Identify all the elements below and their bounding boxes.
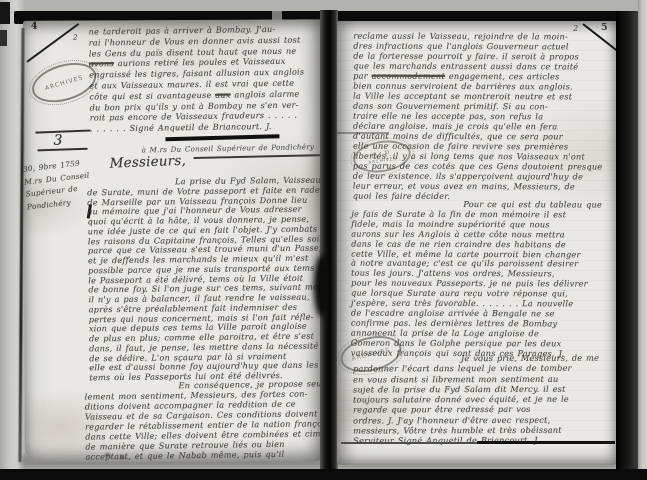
letter-paragraph: Pour ce qui est du tableau queje fais de… xyxy=(351,200,608,359)
photo-edge-mark xyxy=(0,2,10,24)
stamp-label: ARCHIVES xyxy=(44,74,84,92)
right-page: 2 5 G. P. ARCHIVES ARCHIVES reclame auss… xyxy=(337,21,618,465)
right-backing-strip xyxy=(638,0,647,480)
signature-rule-dark xyxy=(477,441,615,444)
letter-paragraph: En conséquence, je propose seu-lement mo… xyxy=(84,378,324,461)
letter-paragraph: La prise du Fyd Salam, Vaisseaude Surate… xyxy=(87,175,324,383)
heading-underline xyxy=(194,154,324,158)
bottom-edge-band xyxy=(0,469,647,480)
document-scan: 4 2 ARCHIVES 3 30, 9bre 1759 M.rs Du Con… xyxy=(0,0,647,480)
manuscript-line: Je vous prie, Messieurs, de me xyxy=(461,353,607,364)
left-page: 4 2 ARCHIVES 3 30, 9bre 1759 M.rs Du Con… xyxy=(23,19,324,463)
margin-rule xyxy=(35,129,90,133)
heading-rule xyxy=(165,134,279,140)
photo-edge-mark xyxy=(0,30,7,46)
folio-number-left: 4 xyxy=(31,21,38,32)
binding-gutter xyxy=(320,10,338,472)
margin-rule xyxy=(38,148,88,151)
manuscript-line: . . . . . . Signé Anquetil de Briancourt… xyxy=(90,120,323,134)
ink-spot xyxy=(105,453,110,456)
gutter-shadow xyxy=(314,255,330,317)
letter-end-block: ne tarderoit pas à arriver à Bombay. J'a… xyxy=(88,23,322,134)
right-edge-band xyxy=(616,11,638,472)
letter-paragraph: reclame aussi le Vaisseau, rejoindre de … xyxy=(353,31,608,202)
ink-spot xyxy=(120,456,124,459)
letter-closing-block: Je vous prie, Messieurs, de mepardonner … xyxy=(353,353,607,447)
salutation: Messieurs, xyxy=(109,153,186,172)
entry-number: 3 xyxy=(53,133,62,149)
manuscript-line: acceptant, et que le Nabab même, puis qu… xyxy=(85,448,324,461)
margin-numeral: 2 xyxy=(73,33,78,41)
